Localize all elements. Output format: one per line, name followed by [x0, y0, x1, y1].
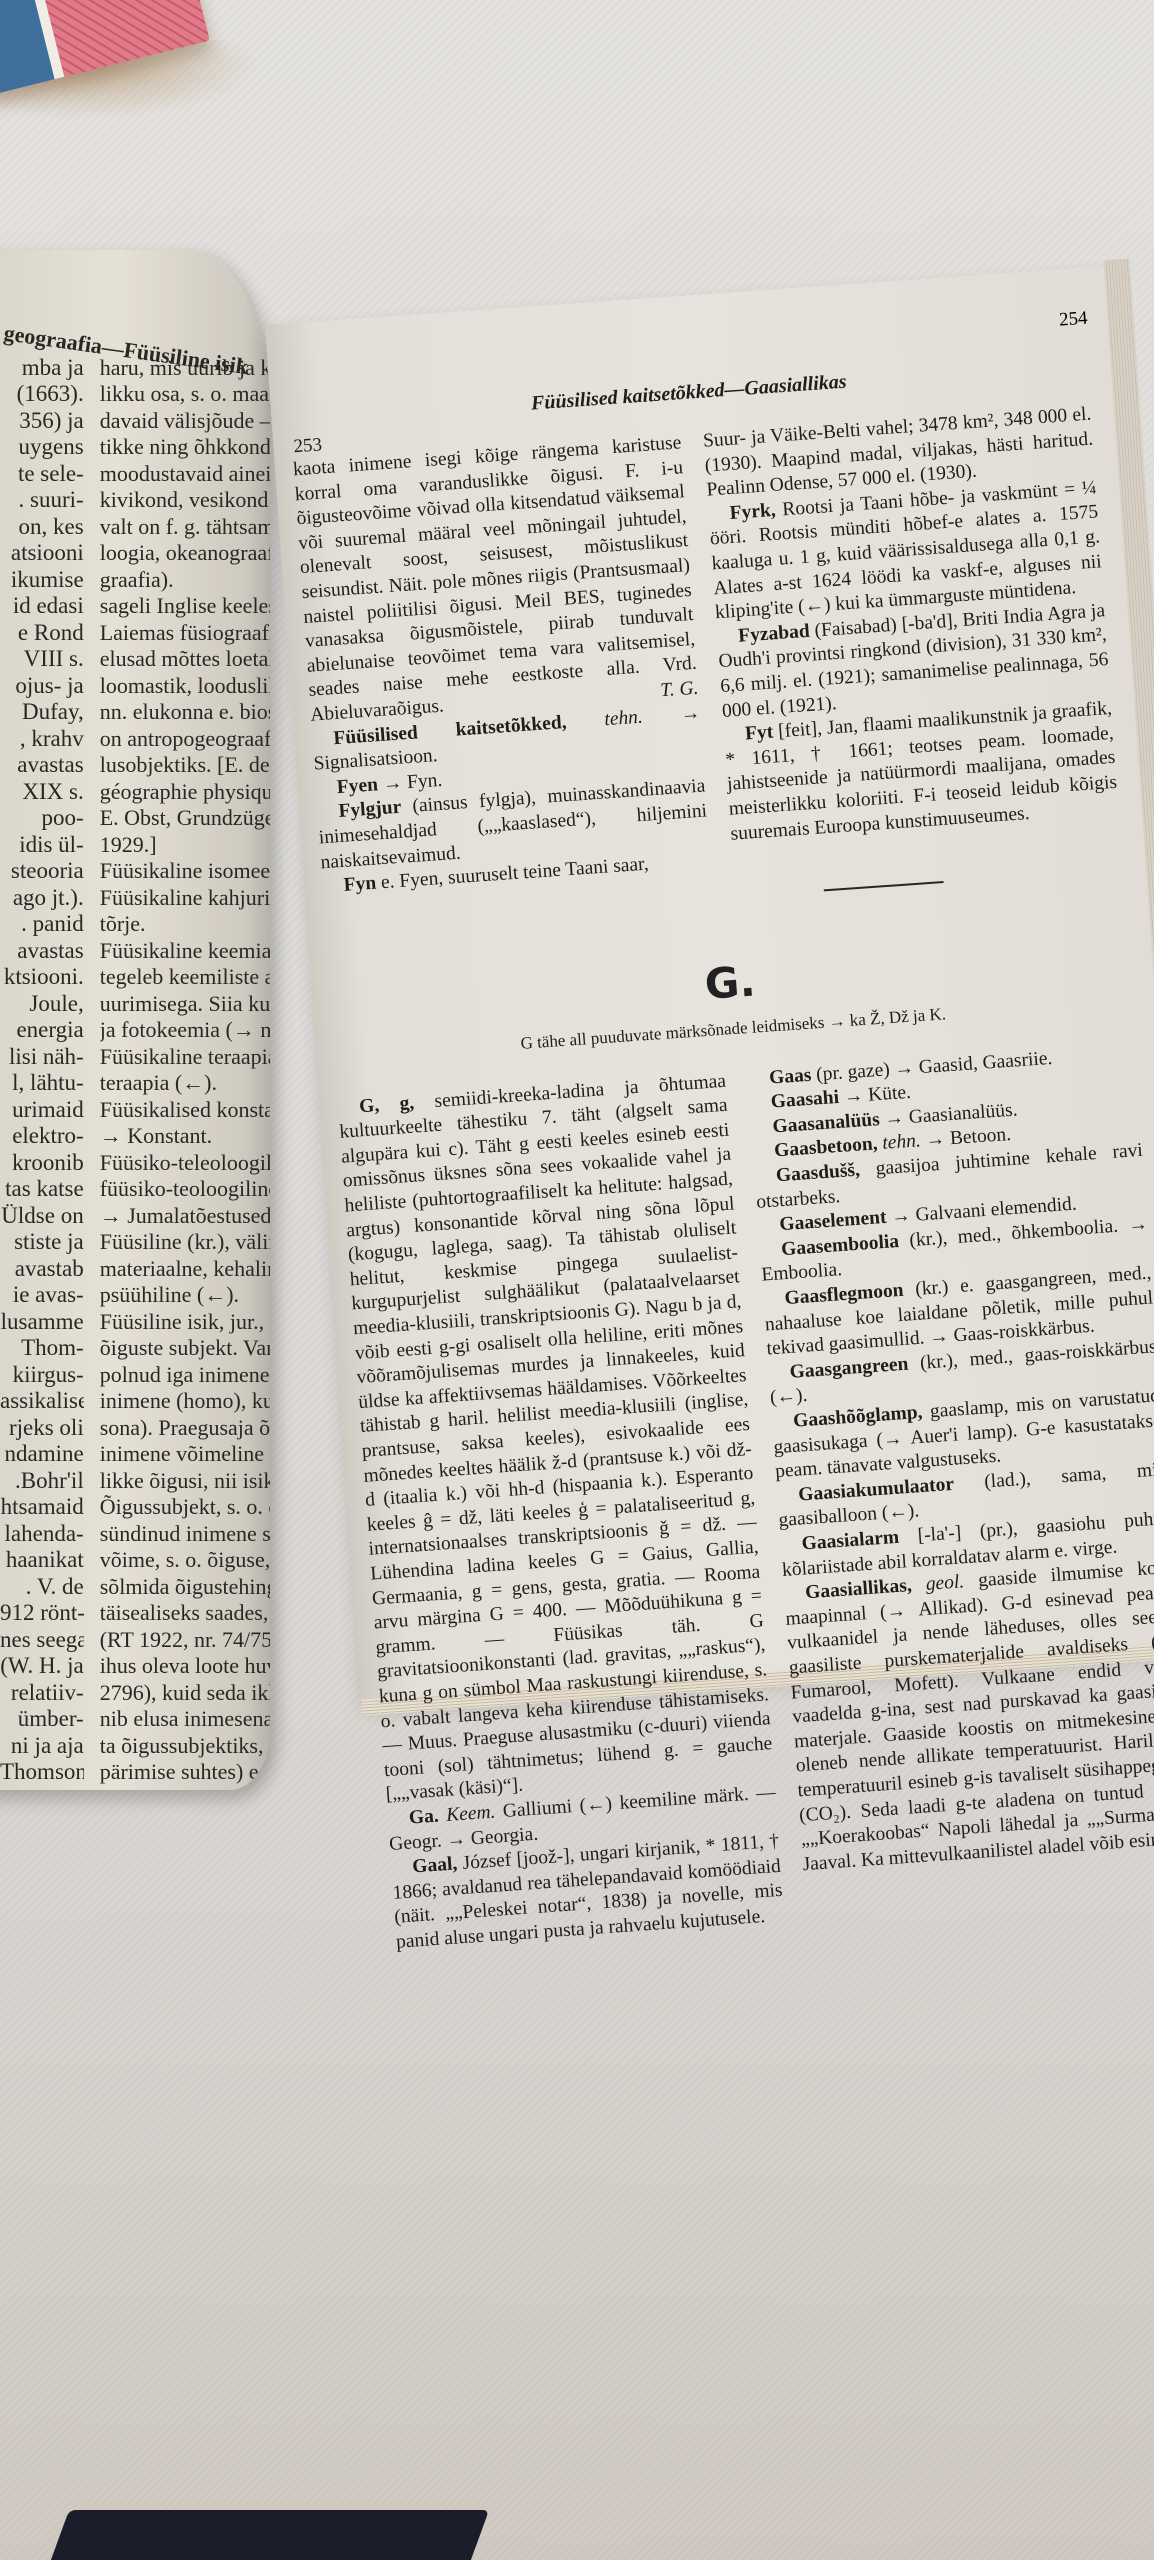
text-line: täisealiseks saades, meil 20-aastaselt — [100, 1600, 270, 1627]
lower-right-column: Gaas (pr. gaze) → Gaasid, Gaasriie.Gaasa… — [747, 1041, 1154, 1927]
dictionary-entry: Gaasiallikas, geol. gaaside ilmumise koh… — [783, 1556, 1154, 1878]
text-line: elusad mõttes loetakse — [100, 646, 270, 673]
text-line: htsamaid — [0, 1494, 84, 1521]
entry-body: kaota inimene isegi kõige rängema karist… — [292, 432, 697, 725]
text-line: inimene võimeline omama ja — [100, 1441, 270, 1468]
text-line: kivikond, vesikond ja õhkkond — [100, 487, 270, 514]
text-line: Füüsikaline kahjuritõrje — [100, 885, 270, 912]
entry-headword: Gaas — [768, 1064, 816, 1088]
text-line: psüühiline (←). — [100, 1282, 270, 1309]
upper-columns: kaota inimene isegi kõige rängema karist… — [292, 403, 1121, 900]
text-line: VIII s. — [0, 646, 84, 673]
text-line: rjeks oli — [0, 1415, 84, 1442]
text-line: avastas — [0, 938, 84, 965]
text-line: kroonib — [0, 1150, 84, 1177]
text-line: ktsiooni. — [0, 964, 84, 991]
text-line: võime, s. o. õiguse, ise oma — [100, 1547, 270, 1574]
text-line: ago jt.). — [0, 885, 84, 912]
text-line: sündinud inimene sündimisest — [100, 1521, 270, 1548]
text-line: sageli Inglise keeles — [100, 593, 270, 620]
entry-headword: Fyt — [744, 721, 779, 744]
text-line: tas katse — [0, 1176, 84, 1203]
text-line: nn. elukonna e. biosfääri — [100, 699, 270, 726]
text-line: Füüsikalised konstandid — [100, 1097, 270, 1124]
text-line: XIX s. — [0, 779, 84, 806]
entry-body: [feit], Jan, flaami maalikunstnik ja gra… — [725, 698, 1118, 844]
entry-domain-tag: geol. — [925, 1570, 979, 1595]
text-line: ndamine — [0, 1441, 84, 1468]
entry-headword: Fylgjur — [338, 796, 413, 822]
text-line: assikalise — [0, 1388, 84, 1415]
text-line: , krahv — [0, 726, 84, 753]
text-line: uurimisega. Siia kuuluvad ka — [100, 991, 270, 1018]
text-line: inimene (homo), kuid mitte õigusisik — [100, 1388, 270, 1415]
entry-headword: Fyn — [343, 872, 382, 896]
text-line: likku osa, s. o. maapinna — [100, 381, 270, 408]
upper-left-column: kaota inimene isegi kõige rängema karist… — [292, 431, 711, 900]
lower-left-column: G, g, semiidi-kreeka-ladina ja õhtumaa k… — [337, 1069, 785, 1955]
text-line: Füüsikaline teraapia (kr.), — [100, 1044, 270, 1071]
text-line: polnud iga inimene õigussubjekt — [100, 1362, 270, 1389]
text-line: kiirgus- — [0, 1362, 84, 1389]
text-line: on antropogeograafia (←) — [100, 726, 270, 753]
text-line: tõrje. — [100, 911, 270, 938]
section-divider — [824, 881, 944, 891]
text-line: likke õigusi, nii isiklikke kui ka — [100, 1468, 270, 1495]
text-line: haanikat — [0, 1547, 84, 1574]
entry-body: semiidi-kreeka-ladina ja õhtumaa kultuur… — [339, 1070, 773, 1805]
text-line: → Jumalatõestused. — [100, 1203, 270, 1230]
text-line: (RT 1922, nr. 74/75). Seadus — [100, 1627, 270, 1654]
entry-body: → Fyn. — [382, 769, 443, 794]
entry-headword: Ga. — [408, 1805, 447, 1829]
entry-headword: Fyzabad — [738, 620, 816, 646]
text-line: steooria — [0, 858, 84, 885]
text-line: te sele- — [0, 461, 84, 488]
text-line: . suuri- — [0, 487, 84, 514]
text-line: id edasi — [0, 593, 84, 620]
text-line: Dufay, — [0, 699, 84, 726]
text-line: ikumise — [0, 567, 84, 594]
entry-headword: G, g, — [358, 1091, 435, 1117]
text-line: er, Cours — [0, 1786, 84, 1791]
dictionary-entry: kaota inimene isegi kõige rängema karist… — [292, 431, 699, 728]
text-line: 1929.] — [100, 832, 270, 859]
text-line: stiste ja — [0, 1229, 84, 1256]
right-page: 254 Füüsilised kaitsetõkked—Gaasiallikas… — [265, 266, 1154, 1702]
text-line: 912 rönt- — [0, 1600, 84, 1627]
text-line: F. i. kui õigussubjekt kaob — [100, 1786, 270, 1791]
text-line: loomastik, looduslikud vormid — [100, 673, 270, 700]
entry-domain-tag: tehn. — [882, 1130, 927, 1154]
text-line: Füüsiko-teleoloogiline jumal — [100, 1150, 270, 1177]
text-line: . V. de — [0, 1574, 84, 1601]
text-line: 2796), kuid seda ikkagi edasi — [100, 1680, 270, 1707]
entry-headword: Gaasahi — [770, 1087, 844, 1113]
text-line: füüsiko-teoloogiline jumalatõ- — [100, 1176, 270, 1203]
text-line: lusobjektiks. [E. de Martonne — [100, 752, 270, 779]
entry-body: gaaside ilmumise koht maapinnal (→ Allik… — [785, 1557, 1154, 1875]
text-line: ümber- — [0, 1706, 84, 1733]
left-page: geograafia—Füüsiline isik mba ja(1663).3… — [0, 250, 270, 1790]
text-line: sõlmida õigustehinguid, omandab — [100, 1574, 270, 1601]
text-line: poo- — [0, 805, 84, 832]
dark-object-bottom — [51, 2510, 489, 2560]
text-line: graafia). — [100, 567, 270, 594]
text-line: ja fotokeemia (→ need). — [100, 1017, 270, 1044]
text-line: Üldse on — [0, 1203, 84, 1230]
entry-headword: Gaasdušš, — [775, 1159, 876, 1187]
text-line: avastab — [0, 1256, 84, 1283]
text-line: Joule, — [0, 991, 84, 1018]
text-line: ta õigussubjektiks, kuigi teda — [100, 1733, 270, 1760]
text-line: Füüsikaline keemia (kr.), — [100, 938, 270, 965]
text-line: e Rond — [0, 620, 84, 647]
text-line: atsiooni — [0, 540, 84, 567]
text-line: uygens — [0, 434, 84, 461]
entry-headword: Fyen — [336, 774, 383, 798]
text-line: E. Obst, Grundzüge d. Physio- — [100, 805, 270, 832]
upper-right-column: Suur- ja Väike-Belti vahel; 3478 km², 34… — [702, 403, 1121, 872]
text-line: tegeleb keemiliste ainete füüsikaliste — [100, 964, 270, 991]
text-line: 356) ja — [0, 408, 84, 435]
text-line: Laiemas füsiograafiaks — [100, 620, 270, 647]
dictionary-entry: Fyt [feit], Jan, flaami maalikunstnik ja… — [723, 697, 1120, 847]
text-line: avastas — [0, 752, 84, 779]
text-line: õiguste subjekt. Vana-ajal — [100, 1335, 270, 1362]
text-line: materiaalne, kehaline. Vastand — [100, 1256, 270, 1283]
text-line: . panid — [0, 911, 84, 938]
text-line: ni ja aja — [0, 1733, 84, 1760]
text-line: lisi näh- — [0, 1044, 84, 1071]
text-line: Füüsiline isik, jur., indiviid — [100, 1309, 270, 1336]
left-page-column-b: haru, mis uurib ja kirjeldablikku osa, s… — [100, 355, 270, 1791]
text-line: ihus oleva loote huve (BES § 1 — [100, 1653, 270, 1680]
text-line: lahenda- — [0, 1521, 84, 1548]
text-line: nib elusa inimesena ja et alles — [100, 1706, 270, 1733]
text-line: Õigussubjekt, s. o. õigusvõimeline — [100, 1494, 270, 1521]
left-page-column-a: mba ja(1663).356) jauygenste sele-. suur… — [0, 355, 84, 1791]
text-line: moodustavaid aineid — [100, 461, 270, 488]
text-line: (1663). — [0, 381, 84, 408]
text-line: Thomson, — [0, 1759, 84, 1786]
text-line: davaid välisjõude — mered — [100, 408, 270, 435]
text-line: (W. H. ja — [0, 1653, 84, 1680]
text-line: pärimise suhtes) eeldatakse — [100, 1759, 270, 1786]
text-line: sona). Praegusaja õiguse — [100, 1415, 270, 1442]
entry-domain-tag: Keem. — [445, 1801, 503, 1826]
text-line: Füüsikaline isomeeria (kr.) — [100, 858, 270, 885]
text-line: urimaid — [0, 1097, 84, 1124]
text-line: relatiiv- — [0, 1680, 84, 1707]
entry-body: → Küte. — [843, 1082, 911, 1108]
entry-domain-tag: tehn. — [604, 704, 682, 730]
text-line: Thom- — [0, 1335, 84, 1362]
text-line: energia — [0, 1017, 84, 1044]
text-line: mba ja — [0, 355, 84, 382]
text-line: → Konstant. — [100, 1123, 270, 1150]
text-line: lusamme — [0, 1309, 84, 1336]
dictionary-entry: G, g, semiidi-kreeka-ladina ja õhtumaa k… — [337, 1069, 775, 1808]
lower-columns: G, g, semiidi-kreeka-ladina ja õhtumaa k… — [337, 1041, 1154, 1955]
text-line: tikke ning õhkkonda, — [100, 434, 270, 461]
text-line: l, lähtu- — [0, 1070, 84, 1097]
text-line: teraapia (←). — [100, 1070, 270, 1097]
text-line: valt on f. g. tähtsamaid — [100, 514, 270, 541]
text-line: ojus- ja — [0, 673, 84, 700]
text-line: .Bohr'il — [0, 1468, 84, 1495]
text-line: loogia, okeanograafia ja klimato- — [100, 540, 270, 567]
text-line: nes seega — [0, 1627, 84, 1654]
author-signature: T. G. — [660, 677, 700, 704]
entry-headword: Fyrk, — [729, 499, 783, 524]
text-line: Füüsiline (kr.), väline, — [100, 1229, 270, 1256]
text-line: elektro- — [0, 1123, 84, 1150]
text-line: géographie physique², 1926; — [100, 779, 270, 806]
entry-headword: Gaal, — [412, 1853, 464, 1877]
text-line: ie avas- — [0, 1282, 84, 1309]
text-line: on, kes — [0, 514, 84, 541]
text-line: idis ül- — [0, 832, 84, 859]
entry-body: → Betoon. — [925, 1124, 1012, 1151]
